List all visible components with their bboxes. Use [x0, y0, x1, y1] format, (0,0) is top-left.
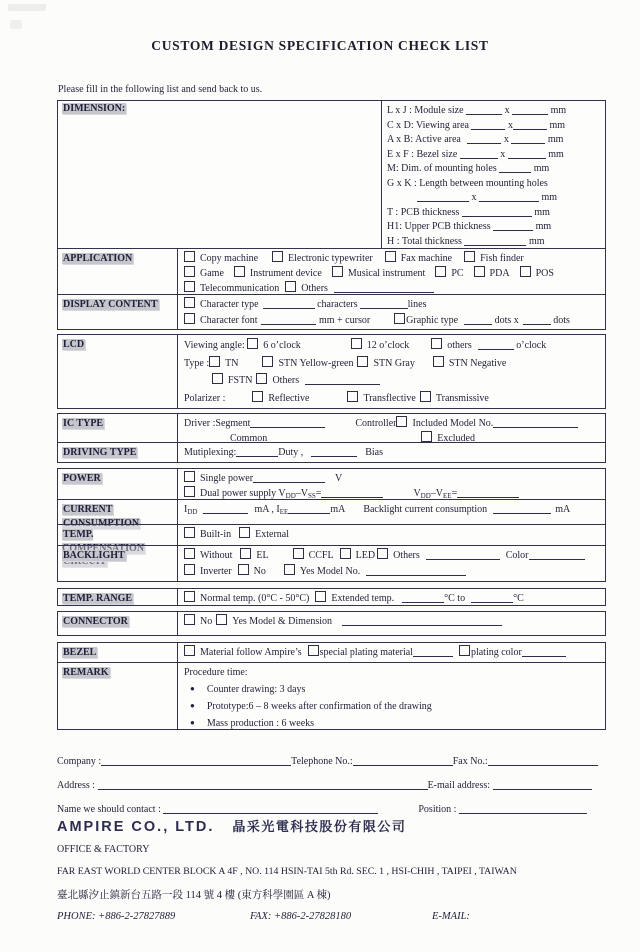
- blank-field[interactable]: [471, 593, 513, 603]
- form-text: Reflective: [268, 393, 309, 404]
- spacer: [184, 382, 212, 383]
- form-text: Game: [200, 268, 224, 279]
- form-text: L x J : Module size: [387, 105, 466, 116]
- form-text: x: [469, 192, 479, 203]
- checkbox[interactable]: [184, 564, 195, 575]
- spacer: [373, 260, 385, 261]
- spacer: [342, 440, 421, 441]
- checkbox[interactable]: [262, 356, 273, 367]
- subscript-text: DD: [421, 492, 431, 499]
- form-text: H : Total thickness: [387, 236, 464, 247]
- checkbox[interactable]: [184, 527, 195, 538]
- section-label-cell: LCD: [58, 335, 178, 408]
- form-text: Color: [506, 550, 529, 561]
- section-label-cell: DISPLAY CONTENT: [58, 295, 178, 329]
- form-line: Single powerV: [184, 471, 599, 486]
- form-text: CCFL: [309, 550, 334, 561]
- form-text: STN Negative: [449, 358, 507, 369]
- spacer: [452, 260, 464, 261]
- blank-field[interactable]: [471, 120, 505, 130]
- form-text: Prototype:6 – 8 weeks after confirmation…: [207, 701, 432, 712]
- form-line: Material follow Ampire’sspecial plating …: [184, 645, 599, 660]
- form-line: GameInstrument deviceMusical instrumentP…: [184, 266, 599, 281]
- blank-field[interactable]: [402, 593, 444, 603]
- form-text: mm: [545, 134, 563, 145]
- intro-text: Please fill in the following list and se…: [58, 84, 262, 95]
- brand-line: AMPIRE CO., LTD. 晶采光電科技股份有限公司: [57, 816, 613, 835]
- form-line: Character font mm + cursorGraphic type d…: [184, 313, 599, 329]
- blank-field[interactable]: [464, 236, 526, 246]
- form-text: No: [254, 566, 266, 577]
- checkbox[interactable]: [184, 614, 195, 625]
- form-text: Position :: [418, 804, 459, 815]
- section-content: Driver :SegmentControllerIncluded Model …: [178, 414, 605, 442]
- form-row-lcd: LCDViewing angle: 6 o’clock12 o’clockoth…: [57, 334, 606, 409]
- section-label-cell: CURRENTCONSUMPTION: [58, 500, 178, 524]
- address-english: FAR EAST WORLD CENTER BLOCK A 4F , NO. 1…: [57, 866, 613, 877]
- checkbox[interactable]: [385, 251, 396, 262]
- blank-field[interactable]: [493, 780, 592, 790]
- section-label-cell: IC TYPE: [58, 414, 178, 442]
- spacer: [345, 511, 363, 512]
- form-line: C x D: Viewing area x mm: [387, 119, 603, 134]
- form-text: Bias: [365, 447, 383, 458]
- form-text: mm: [539, 192, 557, 203]
- fax-number: FAX: +886-2-27828180: [250, 911, 432, 922]
- blank-field[interactable]: [321, 488, 383, 498]
- spacer: [415, 365, 433, 366]
- form-text: x: [501, 134, 511, 145]
- form-text: EL: [256, 550, 268, 561]
- checkbox[interactable]: [238, 564, 249, 575]
- form-text: External: [255, 529, 289, 540]
- form-text: mm: [526, 236, 544, 247]
- blank-field[interactable]: [261, 315, 316, 325]
- subscript-text: DD: [187, 508, 197, 516]
- section-label-cell: TEMP. RANGE: [58, 589, 178, 605]
- form-text: Fish finder: [480, 253, 524, 264]
- form-text: G x K : Length between mounting holes: [387, 178, 548, 189]
- section-label: CURRENT: [62, 504, 113, 515]
- form-line: Company :Telephone No.:Fax No.:: [57, 750, 606, 774]
- form-text: Excluded: [437, 433, 475, 442]
- form-line: T : PCB thickness mm: [387, 206, 603, 221]
- section-content: WithoutELCCFLLEDOthersColorInverterNoYes…: [178, 546, 605, 581]
- blank-field[interactable]: [413, 647, 453, 657]
- checkbox[interactable]: [520, 266, 531, 277]
- section-label-cell: BEZEL: [58, 643, 178, 662]
- dimension-panel: L x J : Module size x mmC x D: Viewing a…: [381, 101, 605, 248]
- blank-field[interactable]: [493, 221, 533, 231]
- bullet-icon: ●: [190, 718, 195, 727]
- form-line: Character type characterslines: [184, 297, 599, 313]
- checkbox[interactable]: [284, 564, 295, 575]
- section-content: Mutiplexing:Duty ,Bias: [178, 443, 605, 462]
- form-text: Graphic type: [406, 315, 458, 326]
- form-text: A x B: Active area: [387, 134, 463, 145]
- section-content: Single powerVDual power supply VDD–VSS=V…: [178, 469, 605, 499]
- spacer: [301, 347, 351, 348]
- form-text: PC: [451, 268, 463, 279]
- form-text: Fax No.:: [453, 756, 488, 767]
- section-content: Viewing angle: 6 o’clock12 o’clockothers…: [178, 335, 605, 408]
- form-line: Procedure time:: [184, 665, 599, 681]
- subscript-text: DD: [286, 492, 296, 499]
- form-text: Character type: [200, 299, 259, 310]
- form-line: H1: Upper PCB thickness mm: [387, 220, 603, 235]
- section-label-cell: APPLICATION: [58, 249, 178, 294]
- section-label: BEZEL: [62, 647, 97, 658]
- checkbox[interactable]: [184, 486, 195, 497]
- spacer: [269, 557, 293, 558]
- blank-field[interactable]: [366, 566, 466, 576]
- subscript-text: EE: [280, 508, 289, 516]
- form-text: mA , I: [254, 504, 279, 515]
- form-row-temp-compensation-circuit: TEMP. COMPENSATIONCIRCUITBuilt-inExterna…: [57, 524, 606, 546]
- checkbox[interactable]: [347, 391, 358, 402]
- blank-field[interactable]: [236, 447, 278, 457]
- blank-field[interactable]: [462, 207, 532, 217]
- section-label: BACKLIGHT: [62, 550, 126, 561]
- blank-field[interactable]: [457, 488, 519, 498]
- checkbox[interactable]: [184, 313, 195, 324]
- checkbox[interactable]: [184, 251, 195, 262]
- form-text: FSTN: [228, 375, 252, 386]
- form-text: plating color: [471, 647, 522, 658]
- form-text: Address :: [57, 780, 98, 791]
- form-text: Instrument device: [250, 268, 322, 279]
- checkbox[interactable]: [247, 338, 258, 349]
- form-text: Single power: [200, 473, 253, 484]
- form-line: CommonExcluded: [184, 431, 599, 442]
- subscript-text: SS: [308, 492, 316, 499]
- address-chinese: 臺北縣汐止鎮新台五路一段 114 號 4 樓 (東方科學園區 A 棟): [57, 887, 613, 902]
- form-row-remark: REMARKProcedure time:●Counter drawing: 3…: [57, 662, 606, 730]
- form-text: Duty ,: [278, 447, 303, 458]
- form-text: STN Yellow-green: [278, 358, 353, 369]
- checkbox[interactable]: [394, 313, 405, 324]
- blank-field[interactable]: [488, 756, 598, 766]
- section-label-cell: CONNECTOR: [58, 612, 178, 635]
- form-text: Others: [393, 550, 420, 561]
- spacer: [309, 400, 347, 401]
- section-label-cell: POWER: [58, 469, 178, 499]
- checkbox[interactable]: [293, 548, 304, 559]
- checkbox[interactable]: [184, 281, 195, 292]
- section-label: IC TYPE: [62, 418, 104, 429]
- form-text: others: [447, 340, 471, 351]
- checkbox[interactable]: [421, 431, 432, 442]
- section-label-cell: BACKLIGHT: [58, 546, 178, 581]
- form-text: Musical instrument: [348, 268, 426, 279]
- checkbox[interactable]: [351, 338, 362, 349]
- form-row-power: POWERSingle powerVDual power supply VDD–…: [57, 468, 606, 500]
- form-text: Dual power supply V: [200, 488, 286, 499]
- spacer: [425, 275, 435, 276]
- checkbox[interactable]: [239, 527, 250, 538]
- form-row-backlight: BACKLIGHTWithoutELCCFLLEDOthersColorInve…: [57, 545, 606, 582]
- checkbox[interactable]: [209, 356, 220, 367]
- section-content: Material follow Ampire’sspecial plating …: [178, 643, 605, 662]
- checkbox[interactable]: [308, 645, 319, 656]
- blank-field[interactable]: [478, 340, 514, 350]
- form-line: A x B: Active area x mm: [387, 133, 603, 148]
- blank-field[interactable]: [360, 299, 408, 309]
- form-text: Procedure time:: [184, 667, 248, 678]
- section-label-cell: TEMP. COMPENSATIONCIRCUIT: [58, 525, 178, 545]
- scan-artifact: [8, 4, 46, 11]
- section-label: LCD: [62, 339, 85, 350]
- checkbox[interactable]: [420, 391, 431, 402]
- section-label: DRIVING TYPE: [62, 447, 137, 458]
- form-text: mm: [548, 105, 566, 116]
- checkbox[interactable]: [240, 548, 251, 559]
- form-text: E-mail address:: [428, 780, 493, 791]
- form-text: Inverter: [200, 566, 232, 577]
- form-text: Included Model No.: [412, 418, 493, 429]
- checkbox[interactable]: [184, 297, 195, 308]
- spacer: [231, 536, 239, 537]
- section-content: Copy machineElectronic typewriterFax mac…: [178, 249, 605, 294]
- checkbox[interactable]: [332, 266, 343, 277]
- blank-field[interactable]: [493, 418, 578, 428]
- form-line: H : Total thickness mm: [387, 235, 603, 250]
- checkbox[interactable]: [464, 251, 475, 262]
- blank-field[interactable]: [101, 756, 291, 766]
- form-line: Polarizer :ReflectiveTransflectiveTransm…: [184, 390, 599, 408]
- checkbox[interactable]: [216, 614, 227, 625]
- checkbox[interactable]: [285, 281, 296, 292]
- blank-field[interactable]: [529, 550, 585, 560]
- spacer: [464, 275, 474, 276]
- blank-field[interactable]: [522, 647, 566, 657]
- form-text: Built-in: [200, 529, 231, 540]
- blank-field[interactable]: [467, 134, 501, 144]
- checkbox[interactable]: [212, 373, 223, 384]
- form-line: Type :TNSTN Yellow-greenSTN GraySTN Nega…: [184, 355, 599, 373]
- section-label: APPLICATION: [62, 253, 133, 264]
- section-label: TEMP. RANGE: [62, 593, 133, 604]
- blank-field[interactable]: [460, 149, 498, 159]
- blank-field[interactable]: [253, 473, 325, 483]
- form-text: Mutiplexing:: [184, 447, 236, 458]
- form-line: WithoutELCCFLLEDOthersColor: [184, 548, 599, 564]
- blank-field[interactable]: [512, 105, 548, 115]
- blank-field[interactable]: [459, 804, 587, 814]
- checkbox[interactable]: [435, 266, 446, 277]
- checkbox[interactable]: [433, 356, 444, 367]
- section-content: Built-inExternal: [178, 525, 605, 545]
- form-text: Polarizer :: [184, 393, 225, 404]
- blank-field[interactable]: [508, 149, 546, 159]
- form-text: Yes Model No.: [300, 566, 360, 577]
- checkbox[interactable]: [184, 266, 195, 277]
- blank-field[interactable]: [464, 315, 492, 325]
- form-text: x: [502, 105, 512, 116]
- email-label: E-MAIL:: [432, 911, 470, 922]
- checkbox[interactable]: [252, 391, 263, 402]
- form-text: mm + cursor: [316, 315, 370, 326]
- blank-field[interactable]: [342, 616, 502, 626]
- form-text: Company :: [57, 756, 101, 767]
- form-line: Built-inExternal: [184, 527, 599, 542]
- checkbox[interactable]: [396, 416, 407, 427]
- blank-field[interactable]: [163, 804, 378, 814]
- form-text: °C: [513, 593, 524, 604]
- company-footer: AMPIRE CO., LTD. 晶采光電科技股份有限公司 OFFICE & F…: [57, 816, 613, 922]
- form-text: mm: [532, 207, 550, 218]
- checkbox[interactable]: [272, 251, 283, 262]
- form-text: lines: [408, 299, 427, 310]
- section-label: CONNECTOR: [62, 616, 129, 627]
- form-text: Character font: [200, 315, 257, 326]
- form-line: Address : E-mail address:: [57, 774, 606, 798]
- spacer: [303, 454, 311, 455]
- checkbox[interactable]: [340, 548, 351, 559]
- form-text: M: Dim. of mounting holes: [387, 163, 499, 174]
- form-line: TelecommunicationOthers: [184, 281, 599, 294]
- blank-field[interactable]: [511, 134, 545, 144]
- bullet-icon: ●: [190, 701, 195, 710]
- form-text: PDA: [490, 268, 510, 279]
- blank-field[interactable]: [499, 163, 531, 173]
- spacer: [510, 275, 520, 276]
- form-text: mm: [533, 221, 551, 232]
- form-text: mm: [546, 149, 564, 160]
- spacer: [409, 347, 431, 348]
- form-line: NoYes Model & Dimension: [184, 614, 599, 629]
- form-text: mA: [330, 504, 345, 515]
- form-text: STN Gray: [373, 358, 414, 369]
- form-line: IDDmA , IEEmABacklight current consumpti…: [184, 502, 599, 520]
- section-label-cell: REMARK: [58, 663, 178, 729]
- form-line: Mutiplexing:Duty ,Bias: [184, 445, 599, 460]
- form-text: Others: [272, 375, 299, 386]
- form-text: Extended temp.: [331, 593, 394, 604]
- blank-field[interactable]: [203, 504, 248, 514]
- spacer: [184, 440, 230, 441]
- section-label: REMARK: [62, 667, 110, 678]
- company-name-en: AMPIRE CO., LTD.: [57, 819, 214, 835]
- form-row-current-consumption: CURRENTCONSUMPTIONIDDmA , IEEmABacklight…: [57, 499, 606, 525]
- form-text: H1: Upper PCB thickness: [387, 221, 493, 232]
- blank-field[interactable]: [334, 283, 434, 293]
- form-text: mA: [555, 504, 570, 515]
- blank-field[interactable]: [417, 192, 469, 202]
- bullet-icon: ●: [190, 684, 195, 693]
- blank-field[interactable]: [288, 504, 330, 514]
- form-text: V: [413, 488, 420, 499]
- section-content: Normal temp. (0°C - 50°C)Extended temp.°…: [178, 589, 605, 605]
- subscript-text: EE: [443, 492, 452, 499]
- form-text: –V: [296, 488, 308, 499]
- checkbox[interactable]: [256, 373, 267, 384]
- spec-form-table: DIMENSION:L x J : Module size x mmC x D:…: [57, 100, 606, 730]
- page-title: CUSTOM DESIGN SPECIFICATION CHECK LIST: [0, 38, 640, 54]
- checkbox[interactable]: [459, 645, 470, 656]
- form-line: InverterNoYes Model No.: [184, 564, 599, 580]
- form-text: –V: [431, 488, 443, 499]
- form-text: Yes Model & Dimension: [232, 616, 332, 627]
- form-line: Viewing angle: 6 o’clock12 o’clockothers…: [184, 337, 599, 355]
- spacer: [224, 275, 234, 276]
- checkbox[interactable]: [184, 645, 195, 656]
- blank-field[interactable]: [513, 120, 547, 130]
- checkbox[interactable]: [184, 591, 195, 602]
- form-text: Electronic typewriter: [288, 253, 373, 264]
- form-text: mm: [547, 120, 565, 131]
- spacer: [378, 811, 418, 812]
- form-line: M: Dim. of mounting holes mm: [387, 162, 603, 177]
- blank-field[interactable]: [493, 504, 551, 514]
- checkbox[interactable]: [474, 266, 485, 277]
- form-line: E x F : Bezel size x mm: [387, 148, 603, 163]
- form-text: °C to: [444, 593, 465, 604]
- checkbox[interactable]: [184, 471, 195, 482]
- section-content: NoYes Model & Dimension: [178, 612, 605, 635]
- office-factory-label: OFFICE & FACTORY: [57, 844, 613, 855]
- form-text: LED: [356, 550, 375, 561]
- form-text: POS: [536, 268, 554, 279]
- checkbox[interactable]: [357, 356, 368, 367]
- spacer: [394, 600, 402, 601]
- contact-fields: Company :Telephone No.:Fax No.:Address :…: [57, 750, 606, 822]
- form-text: Others: [301, 283, 328, 294]
- blank-field[interactable]: [466, 105, 502, 115]
- form-text: Transflective: [363, 393, 415, 404]
- form-text: Transmissive: [436, 393, 489, 404]
- blank-field[interactable]: [311, 447, 357, 457]
- spacer: [258, 260, 272, 261]
- blank-field[interactable]: [523, 315, 551, 325]
- form-text: TN: [225, 358, 238, 369]
- form-row-ic-type: IC TYPEDriver :SegmentControllerIncluded…: [57, 413, 606, 443]
- blank-field[interactable]: [263, 299, 315, 309]
- section-label: POWER: [62, 473, 102, 484]
- form-line: FSTNOthers: [184, 372, 599, 390]
- checkbox[interactable]: [234, 266, 245, 277]
- form-line: G x K : Length between mounting holes: [387, 177, 603, 192]
- blank-field[interactable]: [98, 780, 428, 790]
- form-text: dots x: [492, 315, 519, 326]
- blank-field[interactable]: [353, 756, 453, 766]
- form-text: Normal temp. (0°C - 50°C): [200, 593, 309, 604]
- form-row-application: APPLICATIONCopy machineElectronic typewr…: [57, 248, 606, 295]
- form-text: E x F : Bezel size: [387, 149, 460, 160]
- blank-field[interactable]: [250, 418, 325, 428]
- blank-field[interactable]: [267, 433, 342, 442]
- form-text: Material follow Ampire’s: [200, 647, 302, 658]
- blank-field[interactable]: [479, 192, 539, 202]
- blank-field[interactable]: [426, 550, 500, 560]
- checkbox[interactable]: [431, 338, 442, 349]
- checkbox[interactable]: [315, 591, 326, 602]
- form-text: Backlight current consumption: [363, 504, 487, 515]
- spacer: [232, 557, 240, 558]
- section-label: DIMENSION:: [62, 103, 126, 114]
- checkbox[interactable]: [377, 548, 388, 559]
- form-line: Driver :SegmentControllerIncluded Model …: [184, 416, 599, 431]
- form-text: Counter drawing: 3 days: [207, 684, 306, 695]
- form-line: x mm: [387, 191, 603, 206]
- spacer: [266, 573, 284, 574]
- form-text: Telecommunication: [200, 283, 279, 294]
- blank-field[interactable]: [305, 375, 380, 385]
- section-content: IDDmA , IEEmABacklight current consumpti…: [178, 500, 605, 524]
- form-text: Mass production : 6 weeks: [207, 718, 314, 729]
- phone-fax-email-line: PHONE: +886-2-27827889 FAX: +886-2-27828…: [57, 911, 613, 922]
- checkbox[interactable]: [184, 548, 195, 559]
